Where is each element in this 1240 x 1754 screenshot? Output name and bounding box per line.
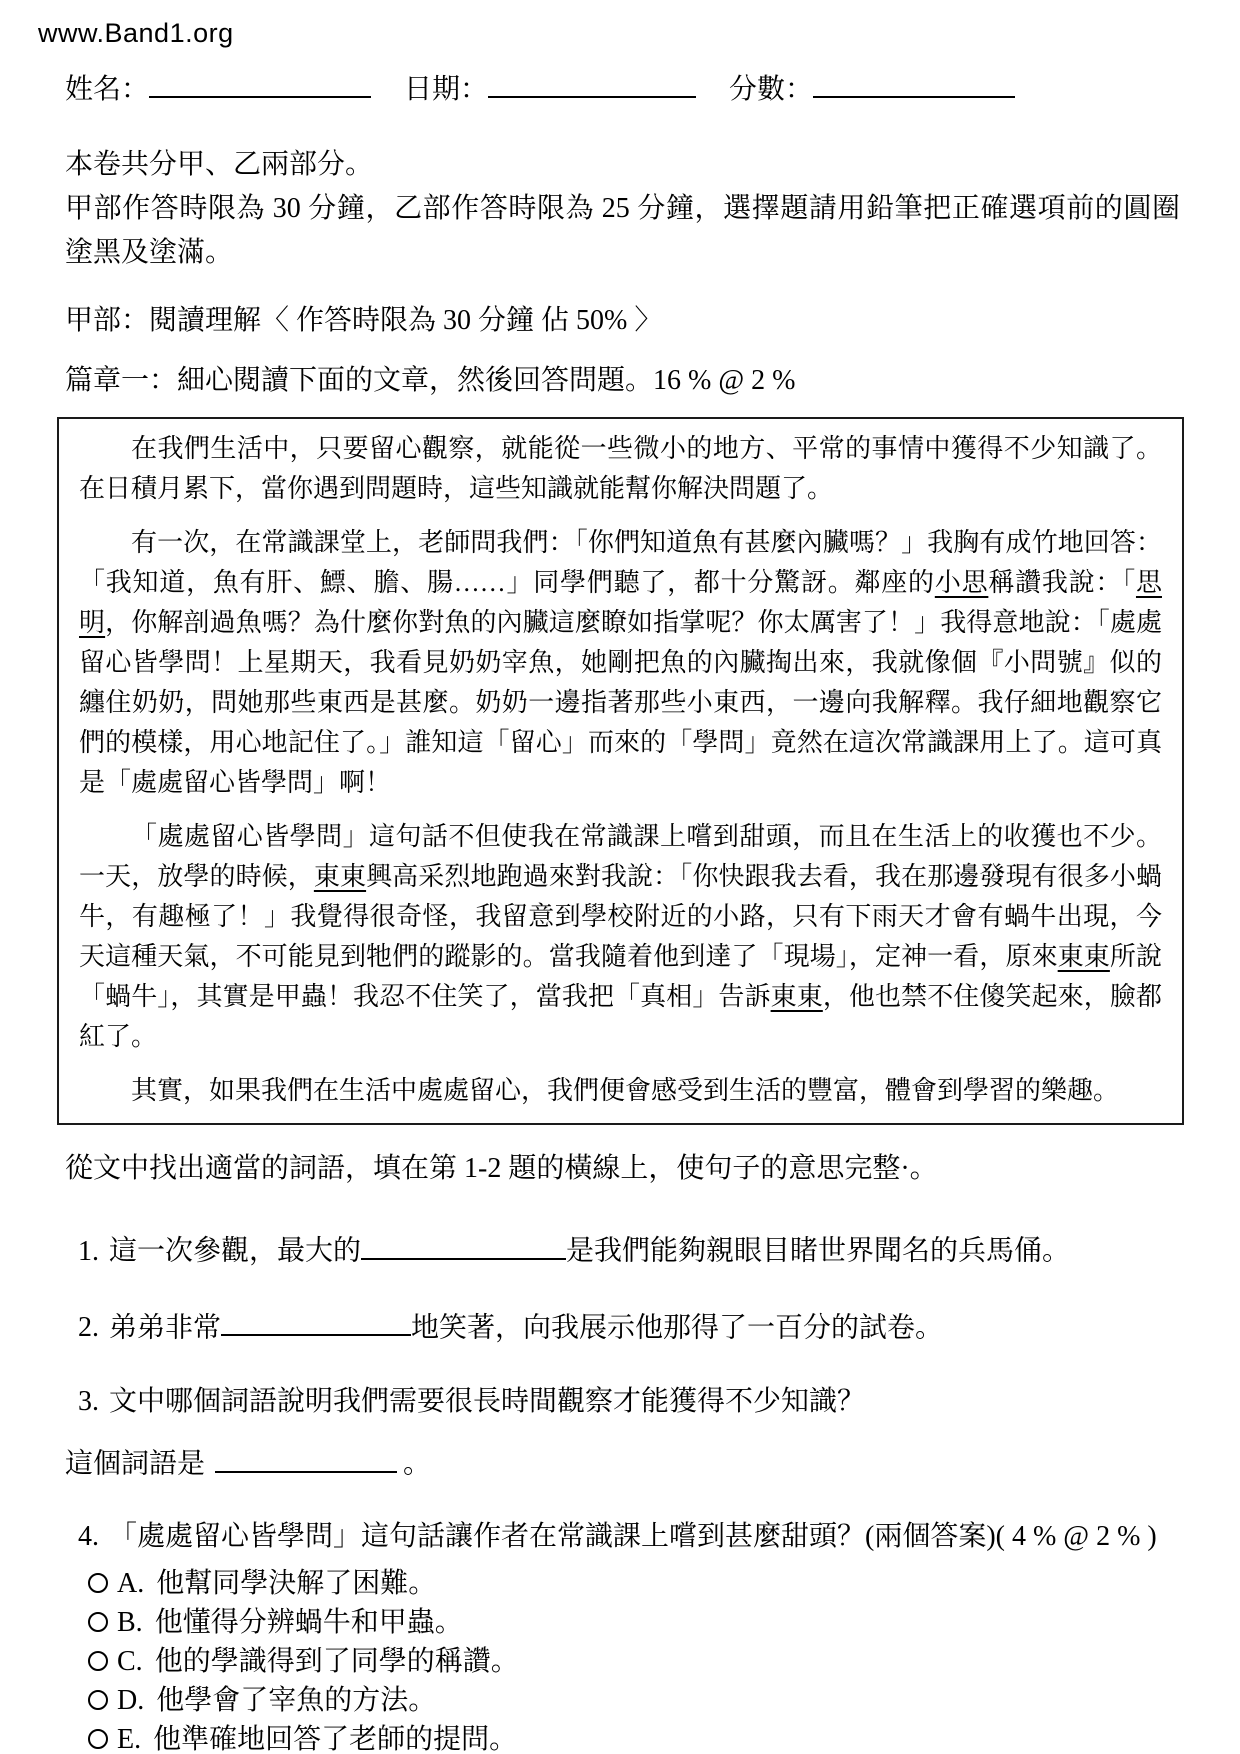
question-3-answer-line: 這個詞語是。 (65, 1442, 1240, 1487)
option-a-letter: A. (117, 1568, 144, 1599)
option-b[interactable]: B.他懂得分辨蝸牛和甲蟲。 (88, 1604, 1240, 1642)
option-e-letter: E. (117, 1724, 141, 1754)
passage-paragraph: 有一次，在常識課堂上，老師問我們：「你們知道魚有甚麼內臟嗎？」我胸有成竹地回答：… (79, 523, 1162, 803)
question-3-text: 文中哪個詞語說明我們需要很長時間觀察才能獲得不少知識？ (109, 1386, 865, 1417)
question-3-answer-period: 。 (403, 1449, 431, 1480)
question-4-text: 「處處留心皆學問」這句話讓作者在常識課上嚐到甚麼甜頭？(兩個答案)( 4 % @… (109, 1521, 1157, 1552)
radio-circle-icon[interactable] (88, 1612, 108, 1632)
question-2-number: 2. (78, 1312, 99, 1343)
question-2-answer-blank[interactable] (221, 1306, 411, 1337)
underlined-name: 小思 (935, 568, 989, 597)
radio-circle-icon[interactable] (88, 1729, 108, 1749)
passage-text: 稱讚我說：「 (988, 568, 1136, 597)
option-d-letter: D. (117, 1685, 144, 1716)
exam-instructions-line-2: 甲部作答時限為 30 分鐘，乙部作答時限為 25 分鐘，選擇題請用鉛筆把正確選項… (65, 187, 1180, 275)
question-3: 3.文中哪個詞語說明我們需要很長時間觀察才能獲得不少知識？ (78, 1380, 1240, 1424)
date-field-label: 日期： (404, 74, 488, 105)
reading-passage-box: 在我們生活中，只要留心觀察，就能從一些微小的地方、平常的事情中獲得不少知識了。在… (57, 417, 1184, 1125)
passage-paragraph: 在我們生活中，只要留心觀察，就能從一些微小的地方、平常的事情中獲得不少知識了。在… (79, 429, 1162, 509)
question-2-text-pre: 弟弟非常 (109, 1312, 221, 1343)
worksheet-page: www.Band1.org 姓名： 日期： 分數： 本卷共分甲、乙兩部分。 甲部… (0, 0, 1240, 1754)
fill-in-instruction: 從文中找出適當的詞語，填在第 1-2 題的橫線上，使句子的意思完整·。 (65, 1147, 1240, 1191)
score-field-label: 分數： (729, 74, 813, 105)
score-field: 分數： (729, 67, 1015, 107)
question-1-number: 1. (78, 1236, 99, 1267)
name-field: 姓名： (65, 67, 371, 107)
question-4-number: 4. (78, 1521, 99, 1552)
question-3-number: 3. (78, 1386, 99, 1417)
score-field-blank[interactable] (813, 67, 1015, 98)
passage-paragraph: 「處處留心皆學問」這句話不但使我在常識課上嚐到甜頭，而且在生活上的收獲也不少。一… (79, 817, 1162, 1057)
question-1-answer-blank[interactable] (361, 1229, 566, 1260)
option-b-text: 他懂得分辨蝸牛和甲蟲。 (155, 1607, 463, 1638)
option-e[interactable]: E.他準確地回答了老師的提問。 (88, 1721, 1240, 1754)
exam-instructions: 本卷共分甲、乙兩部分。 甲部作答時限為 30 分鐘，乙部作答時限為 25 分鐘，… (65, 143, 1180, 275)
option-e-text: 他準確地回答了老師的提問。 (153, 1724, 517, 1754)
date-field: 日期： (404, 67, 696, 107)
passage-paragraph: 其實，如果我們在生活中處處留心，我們便會感受到生活的豐富，體會到學習的樂趣。 (79, 1071, 1162, 1111)
name-field-label: 姓名： (65, 74, 149, 105)
passage-text: 在我們生活中，只要留心觀察，就能從一些微小的地方、平常的事情中獲得不少知識了。在… (79, 434, 1162, 503)
option-b-letter: B. (117, 1607, 143, 1638)
underlined-name: 東東 (771, 982, 823, 1011)
option-d[interactable]: D.他學會了宰魚的方法。 (88, 1682, 1240, 1720)
question-1-text-pre: 這一次參觀，最大的 (109, 1236, 361, 1267)
passage-intro: 篇章一：細心閱讀下面的文章，然後回答問題。16 % @ 2 % (65, 359, 1240, 403)
question-4-options: A.他幫同學決解了困難。 B.他懂得分辨蝸牛和甲蟲。 C.他的學識得到了同學的稱… (88, 1565, 1240, 1754)
site-url: www.Band1.org (0, 0, 1240, 49)
exam-instructions-line-1: 本卷共分甲、乙兩部分。 (65, 143, 1180, 187)
underlined-name: 東東 (1058, 942, 1110, 971)
question-2-text-post: 地笑著，向我展示他那得了一百分的試卷。 (411, 1312, 943, 1343)
date-field-blank[interactable] (488, 67, 696, 98)
option-c[interactable]: C.他的學識得到了同學的稱讚。 (88, 1643, 1240, 1681)
question-1: 1.這一次參觀，最大的是我們能夠親眼目睹世界聞名的兵馬俑。 (78, 1229, 1240, 1274)
radio-circle-icon[interactable] (88, 1573, 108, 1593)
option-a-text: 他幫同學決解了困難。 (156, 1568, 436, 1599)
question-1-text-post: 是我們能夠親眼目睹世界聞名的兵馬俑。 (566, 1236, 1070, 1267)
radio-circle-icon[interactable] (88, 1651, 108, 1671)
passage-text: ，你解剖過魚嗎？為什麼你對魚的內臟這麼瞭如指掌呢？你太厲害了！」我得意地說：「處… (79, 608, 1162, 797)
passage-text: 其實，如果我們在生活中處處留心，我們便會感受到生活的豐富，體會到學習的樂趣。 (131, 1076, 1119, 1105)
section-a-title: 甲部：閱讀理解〈 作答時限為 30 分鐘 佔 50% 〉 (65, 299, 1240, 343)
option-c-text: 他的學識得到了同學的稱讚。 (155, 1646, 519, 1677)
question-3-answer-blank[interactable] (215, 1442, 397, 1473)
name-field-blank[interactable] (149, 67, 371, 98)
question-4: 4.「處處留心皆學問」這句話讓作者在常識課上嚐到甚麼甜頭？(兩個答案)( 4 %… (78, 1515, 1240, 1559)
option-c-letter: C. (117, 1646, 143, 1677)
question-2: 2.弟弟非常地笑著，向我展示他那得了一百分的試卷。 (78, 1306, 1240, 1351)
option-d-text: 他學會了宰魚的方法。 (156, 1685, 436, 1716)
option-a[interactable]: A.他幫同學決解了困難。 (88, 1565, 1240, 1603)
radio-circle-icon[interactable] (88, 1690, 108, 1710)
underlined-name: 東東 (314, 862, 366, 891)
student-info-row: 姓名： 日期： 分數： (65, 67, 1240, 107)
question-3-answer-label: 這個詞語是 (65, 1449, 205, 1480)
